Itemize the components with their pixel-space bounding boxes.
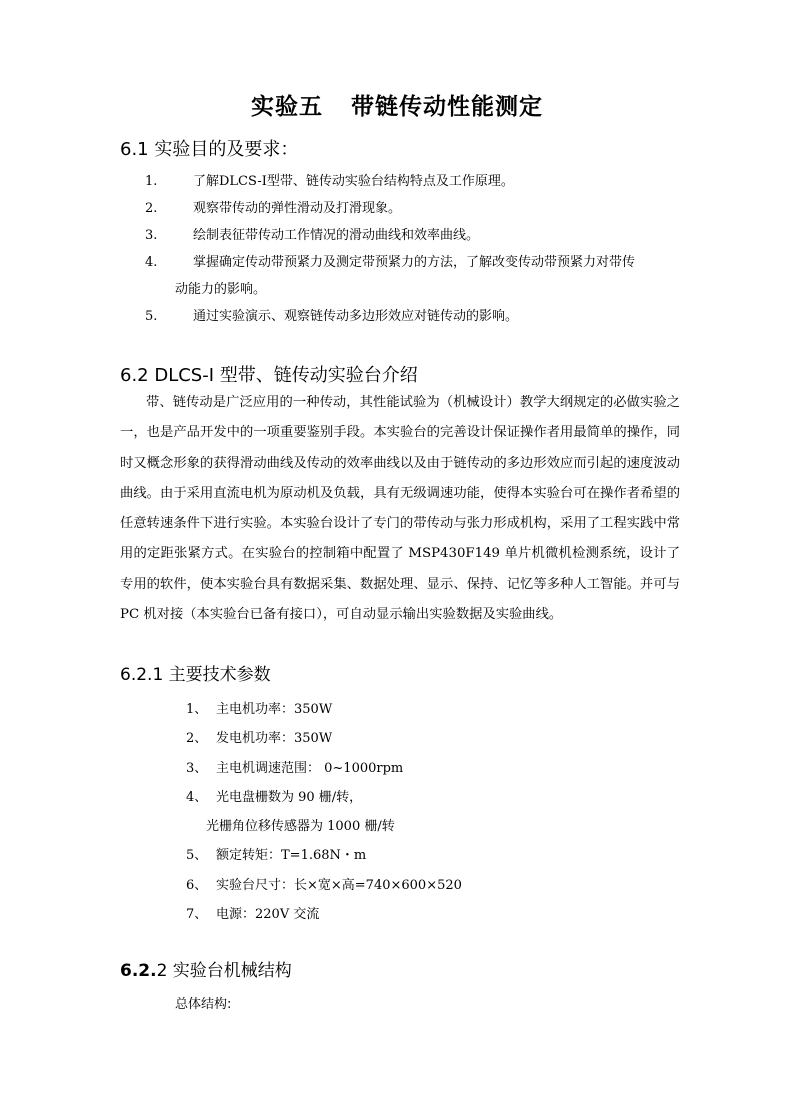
spec-number: 7、 <box>186 900 207 929</box>
objective-item: 3. 绘制表征带传动工作情况的滑动曲线和效率曲线。 <box>145 222 685 249</box>
objective-number: 4. <box>145 249 185 276</box>
section-6-2-2-number-bold: 6.2. <box>120 961 157 981</box>
title-experiment-number: 实验五 <box>251 94 323 120</box>
objective-number: 3. <box>145 222 185 249</box>
document-title: 实验五带链传动性能测定 <box>0 88 794 121</box>
spec-text: 光电盘栅数为 90 栅/转， <box>216 783 362 812</box>
spec-number: 6、 <box>186 871 207 900</box>
objective-item: 2. 观察带传动的弹性滑动及打滑现象。 <box>145 195 685 222</box>
objective-item: 5. 通过实验演示、观察链传动多边形效应对链传动的影响。 <box>145 303 685 330</box>
section-6-1-heading: 6.1 实验目的及要求： <box>120 135 298 161</box>
spec-text: 主电机功率：350W <box>216 695 332 724</box>
overall-structure-label: 总体结构: <box>175 993 231 1012</box>
spec-text: 电源：220V 交流 <box>216 900 319 929</box>
spec-text: 实验台尺寸：长×宽×高=740×600×520 <box>216 871 462 900</box>
objectives-list: 1. 了解DLCS-I型带、链传动实验台结构特点及工作原理。 2. 观察带传动的… <box>145 168 685 330</box>
intro-paragraph: 带、链传动是广泛应用的一种传动，其性能试验为（机械设计）教学大纲规定的必做实验之… <box>120 388 680 630</box>
objective-number: 2. <box>145 195 185 222</box>
spec-text: 额定转矩：T=1.68N・m <box>216 841 366 870</box>
spec-number: 4、 <box>186 783 207 812</box>
spec-text: 光栅角位移传感器为 1000 栅/转 <box>206 812 395 841</box>
section-6-2-2-heading: 6.2.2 实验台机械结构 <box>120 956 292 981</box>
objective-item: 4. 掌握确定传动带预紧力及测定带预紧力的方法，了解改变传动带预紧力对带传 动能… <box>145 249 685 303</box>
spec-number: 3、 <box>186 754 207 783</box>
spec-number: 5、 <box>186 841 207 870</box>
spec-text: 发电机功率：350W <box>216 724 332 753</box>
objective-text: 观察带传动的弹性滑动及打滑现象。 <box>193 195 401 222</box>
title-experiment-name: 带链传动性能测定 <box>351 94 543 120</box>
objective-text: 掌握确定传动带预紧力及测定带预紧力的方法，了解改变传动带预紧力对带传 <box>193 249 675 276</box>
objective-number: 5. <box>145 303 185 330</box>
objective-item: 1. 了解DLCS-I型带、链传动实验台结构特点及工作原理。 <box>145 168 685 195</box>
section-6-2-2-title: 2 实验台机械结构 <box>157 961 292 981</box>
document-page: 实验五带链传动性能测定 6.1 实验目的及要求： 1. 了解DLCS-I型带、链… <box>0 0 794 1108</box>
spec-number: 2、 <box>186 724 207 753</box>
section-6-2-heading: 6.2 DLCS-I 型带、链传动实验台介绍 <box>120 361 418 387</box>
objective-text: 绘制表征带传动工作情况的滑动曲线和效率曲线。 <box>193 222 479 249</box>
section-6-2-1-heading: 6.2.1 主要技术参数 <box>120 660 271 685</box>
spec-text: 主电机调速范围： 0~1000rpm <box>216 754 403 783</box>
objective-number: 1. <box>145 168 185 195</box>
objective-text: 通过实验演示、观察链传动多边形效应对链传动的影响。 <box>193 303 518 330</box>
spec-number: 1、 <box>186 695 207 724</box>
objective-text: 了解DLCS-I型带、链传动实验台结构特点及工作原理。 <box>193 168 514 195</box>
objective-text-continuation: 动能力的影响。 <box>175 276 266 303</box>
